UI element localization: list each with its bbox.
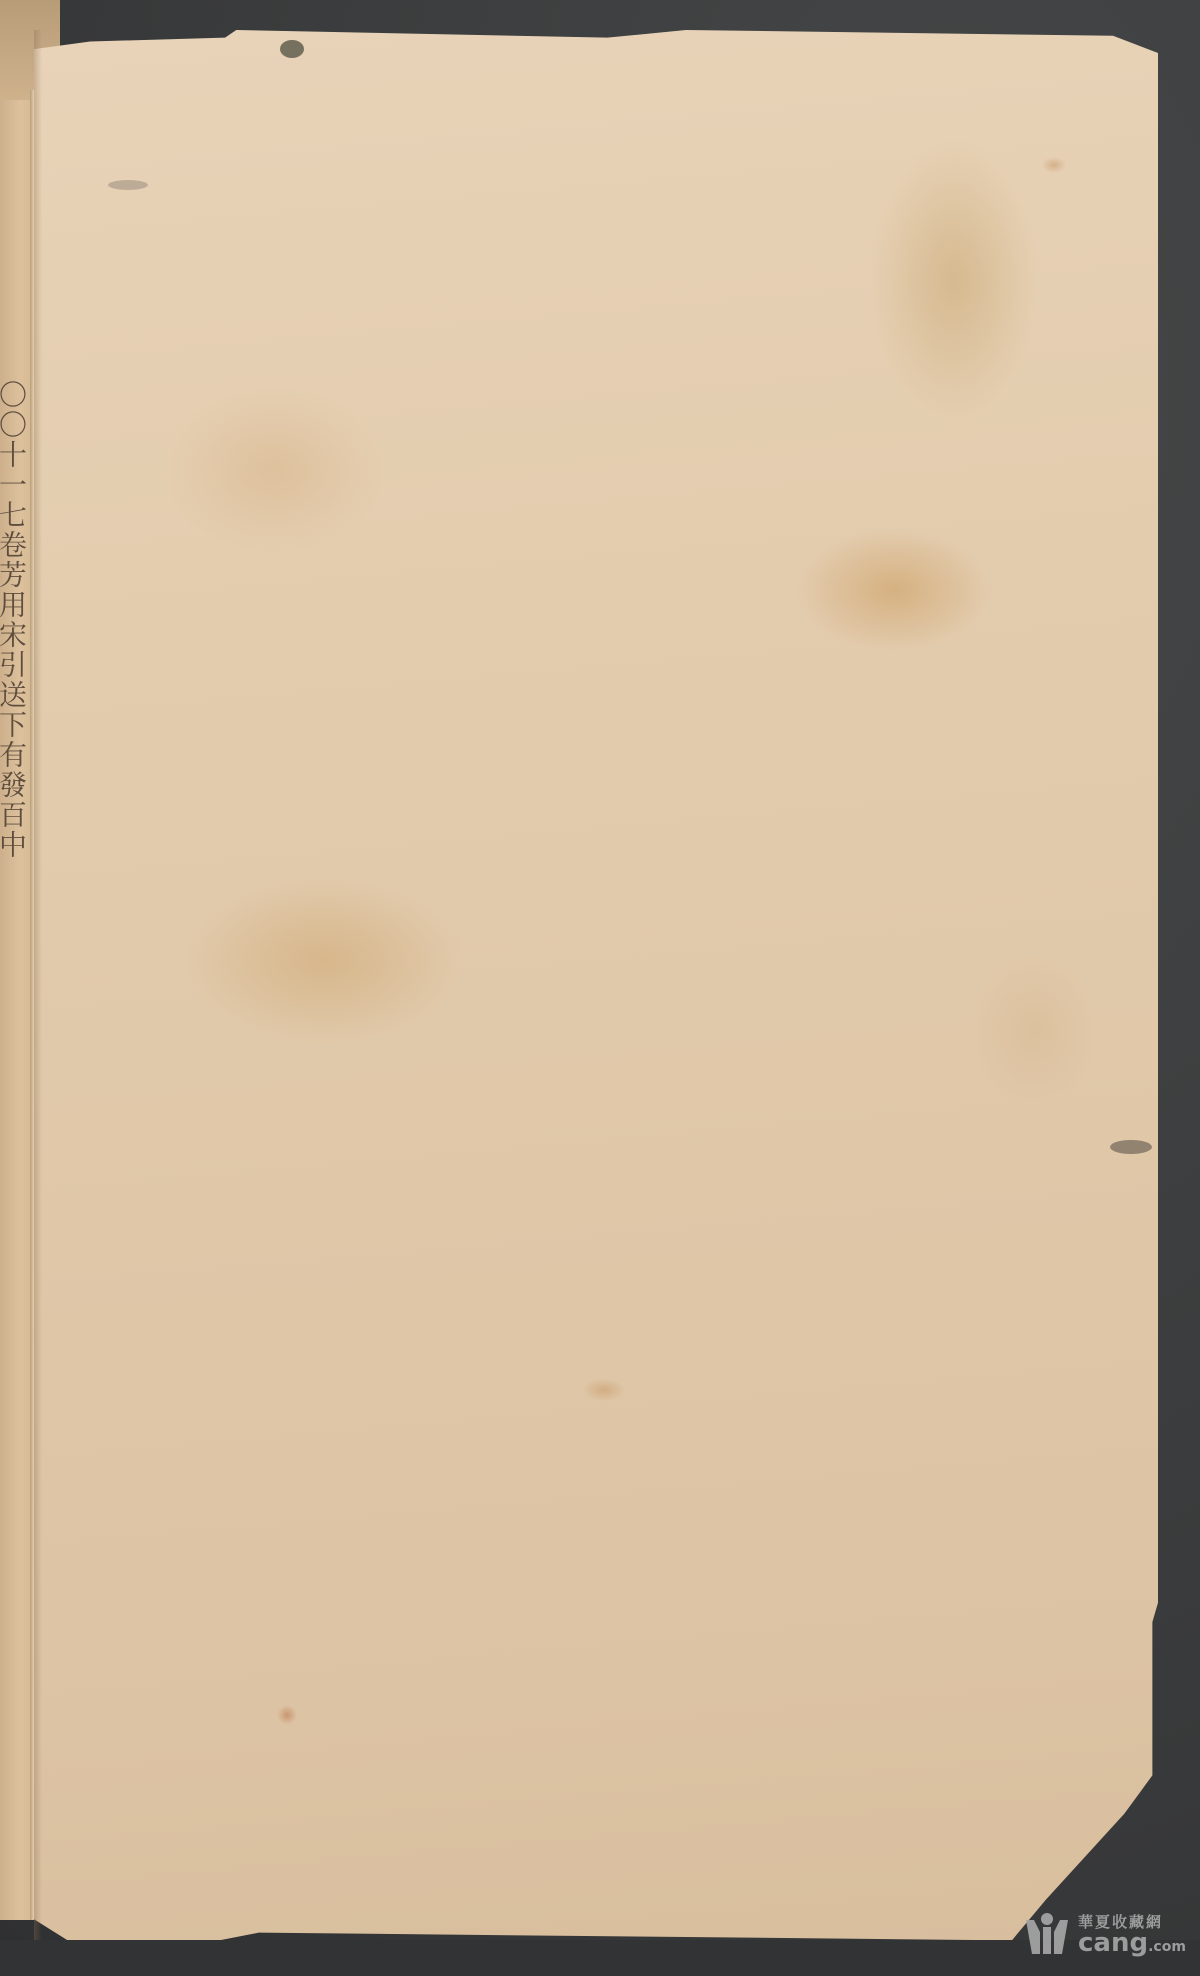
edge-wear-mark: [1110, 1140, 1152, 1154]
watermark: 華夏收藏網 cang.com: [1022, 1905, 1192, 1965]
watermark-domain: .com: [1148, 1939, 1186, 1955]
handwritten-characters: 〇〇十一七卷芳用宋引送下有發百中: [0, 380, 30, 1600]
blank-aged-page: [34, 30, 1158, 1948]
top-edge-tear: [280, 40, 304, 58]
cang-logo-icon: [1022, 1910, 1072, 1960]
page-gutter-shadow: [34, 30, 42, 1948]
watermark-english: cang.com: [1078, 1930, 1186, 1956]
bottom-cloth: [0, 1940, 1200, 1976]
watermark-brand: cang: [1078, 1928, 1148, 1958]
ink-smudge: [108, 180, 148, 190]
